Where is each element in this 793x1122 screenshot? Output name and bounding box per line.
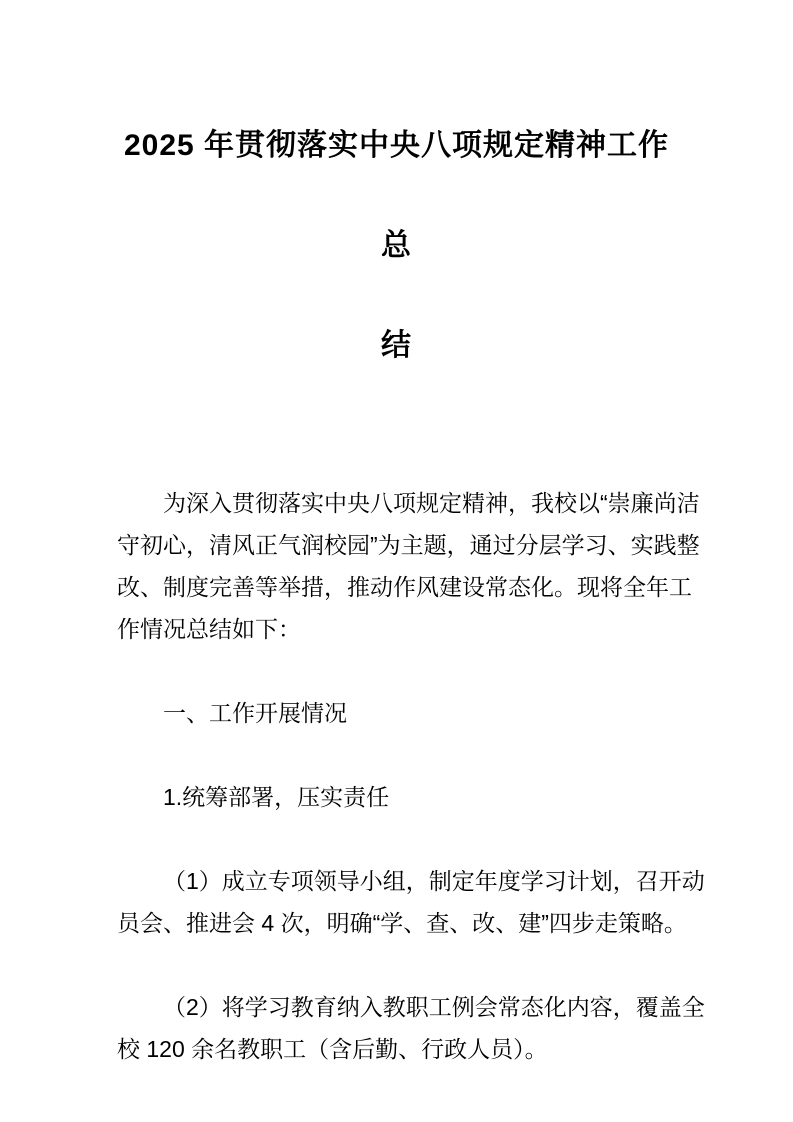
text-line: 员会、推进会 4 次，明确“学、查、改、建”四步走策略。	[117, 902, 676, 944]
text-line: 守初心，清风正气润校园”为主题，通过分层学习、实践整	[117, 524, 676, 566]
text-line: 改、制度完善等举措，推动作风建设常态化。现将全年工	[117, 566, 676, 608]
document-body: 为深入贯彻落实中央八项规定精神，我校以“崇廉尚洁守初心，清风正气润校园”为主题，…	[117, 482, 676, 1070]
document-page: 2025 年贯彻落实中央八项规定精神工作总结 为深入贯彻落实中央八项规定精神，我…	[0, 0, 793, 1122]
paragraph-item-1: （1）成立专项领导小组，制定年度学习计划，召开动员会、推进会 4 次，明确“学、…	[117, 860, 676, 944]
text-line: （1）成立专项领导小组，制定年度学习计划，召开动	[117, 860, 676, 902]
text-line: 校 120 余名教职工（含后勤、行政人员）。	[117, 1028, 676, 1070]
paragraph-sub-heading-1: 1.统筹部署，压实责任	[117, 776, 676, 818]
title-line: 结	[117, 296, 676, 396]
paragraph-intro: 为深入贯彻落实中央八项规定精神，我校以“崇廉尚洁守初心，清风正气润校园”为主题，…	[117, 482, 676, 650]
title-line: 2025 年贯彻落实中央八项规定精神工作总	[117, 96, 676, 296]
paragraph-section-1-heading: 一、工作开展情况	[117, 692, 676, 734]
text-line: 为深入贯彻落实中央八项规定精神，我校以“崇廉尚洁	[117, 482, 676, 524]
text-line: 一、工作开展情况	[117, 692, 676, 734]
paragraph-item-2: （2）将学习教育纳入教职工例会常态化内容，覆盖全校 120 余名教职工（含后勤、…	[117, 986, 676, 1070]
text-line: （2）将学习教育纳入教职工例会常态化内容，覆盖全	[117, 986, 676, 1028]
text-line: 1.统筹部署，压实责任	[117, 776, 676, 818]
document-title: 2025 年贯彻落实中央八项规定精神工作总结	[117, 96, 676, 396]
text-line: 作情况总结如下：	[117, 608, 676, 650]
